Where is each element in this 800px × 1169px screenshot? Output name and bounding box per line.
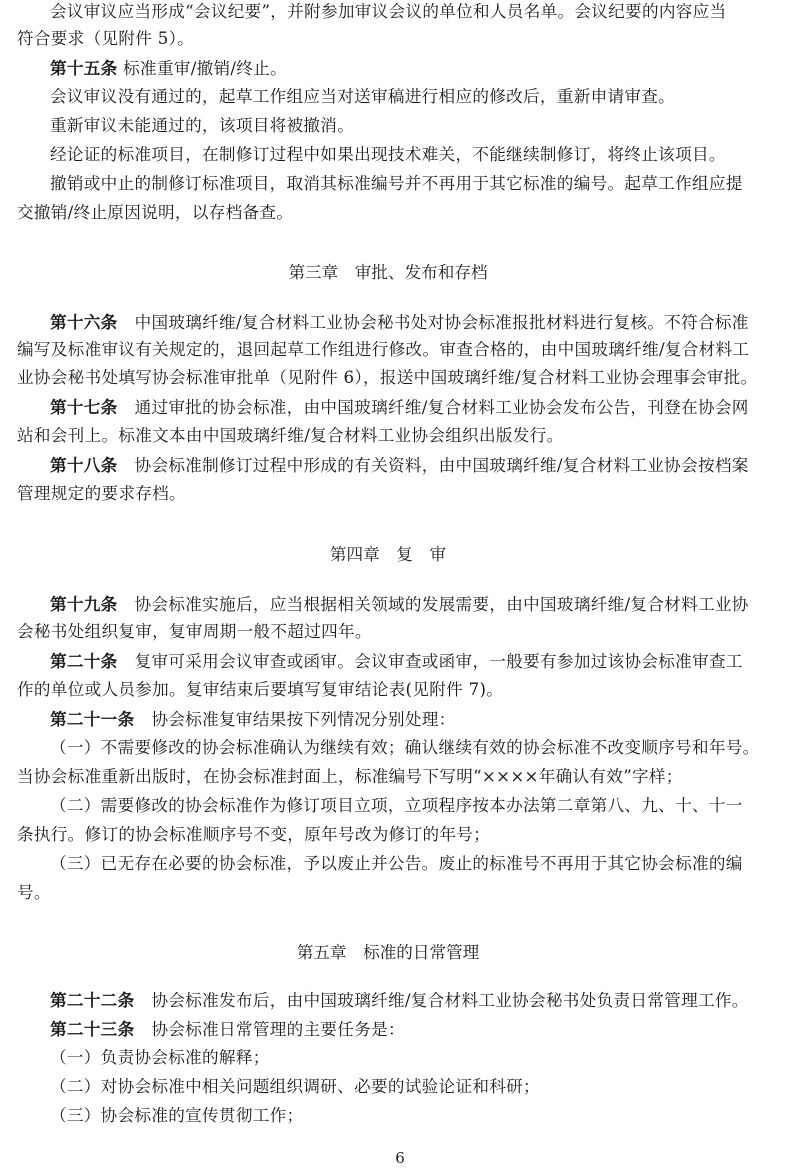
article-text: 协会标准日常管理的主要任务是： xyxy=(151,1020,404,1039)
list-item: （三）已无存在必要的协会标准，予以废止并公告。废止的标准号不再用于其它协会标准的… xyxy=(50,854,743,874)
article-text: 中国玻璃纤维/复合材料工业协会秘书处对协会标准报批材料进行复核。不符合标准 xyxy=(135,313,749,332)
article-text: 协会标准实施后，应当根据相关领域的发展需要，由中国玻璃纤维/复合材料工业协 xyxy=(135,595,749,614)
article-text: 协会标准发布后，由中国玻璃纤维/复合材料工业协会秘书处负责日常管理工作。 xyxy=(151,991,748,1010)
chapter-heading: 第四章 复 审 xyxy=(17,545,759,565)
article-16: 第十六条中国玻璃纤维/复合材料工业协会秘书处对协会标准报批材料进行复核。不符合标… xyxy=(50,312,749,333)
article-label: 第二十一条 xyxy=(50,709,134,729)
paragraph-line: 站和会刊上。标准文本由中国玻璃纤维/复合材料工业协会组织出版发行。 xyxy=(17,426,564,446)
article-label: 第十七条 xyxy=(50,397,118,417)
paragraph-line: 撤销或中止的制修订标准项目，取消其标准编号并不再用于其它标准的编号。起草工作组应… xyxy=(50,174,743,194)
chapter-heading: 第三章 审批、发布和存档 xyxy=(17,263,759,283)
article-label: 第二十二条 xyxy=(50,990,134,1010)
article-text: 协会标准复审结果按下列情况分别处理： xyxy=(151,710,455,729)
article-23: 第二十三条协会标准日常管理的主要任务是： xyxy=(50,1019,405,1040)
article-20: 第二十条复审可采用会议审查或函审。会议审查或函审，一般要有参加过该协会标准审查工 xyxy=(50,651,743,672)
article-label: 第十九条 xyxy=(50,594,118,614)
article-19: 第十九条协会标准实施后，应当根据相关领域的发展需要，由中国玻璃纤维/复合材料工业… xyxy=(50,594,749,615)
article-label: 第二十三条 xyxy=(50,1019,134,1039)
paragraph-line: 编写及标准审议有关规定的，退回起草工作组进行修改。审查合格的，由中国玻璃纤维/复… xyxy=(17,340,749,360)
article-17: 第十七条通过审批的协会标准，由中国玻璃纤维/复合材料工业协会发布公告，刊登在协会… xyxy=(50,397,749,418)
paragraph-line: 管理规定的要求存档。 xyxy=(17,484,186,504)
page-number: 6 xyxy=(0,1149,800,1167)
paragraph-line: 经论证的标准项目，在制修订过程中如果出现技术难关，不能继续制修订，将终止该项目。 xyxy=(50,145,726,165)
article-label: 第十五条 xyxy=(50,58,118,78)
article-label: 第十八条 xyxy=(50,455,118,475)
article-18: 第十八条协会标准制修订过程中形成的有关资料，由中国玻璃纤维/复合材料工业协会按档… xyxy=(50,455,749,476)
paragraph-line: 当协会标准重新出版时，在协会标准封面上，标准编号下写明“××××年确认有效”字样… xyxy=(17,767,683,787)
paragraph-line: 号。 xyxy=(17,883,51,903)
article-text: 协会标准制修订过程中形成的有关资料，由中国玻璃纤维/复合材料工业协会按档案 xyxy=(135,456,749,475)
paragraph-line: 会议审议应当形成“会议纪要”，并附参加审议会议的单位和人员名单。会议纪要的内容应… xyxy=(50,2,726,22)
paragraph-line: 作的单位或人员参加。复审结束后要填写复审结论表(见附件 7)。 xyxy=(17,680,503,700)
article-22: 第二十二条协会标准发布后，由中国玻璃纤维/复合材料工业协会秘书处负责日常管理工作… xyxy=(50,990,749,1011)
list-item: （一）不需要修改的协会标准确认为继续有效；确认继续有效的协会标准不改变顺序号和年… xyxy=(50,738,760,758)
paragraph-line: 会议审议没有通过的，起草工作组应当对送审稿进行相应的修改后，重新申请审查。 xyxy=(50,87,675,107)
list-item: （二）需要修改的协会标准作为修订项目立项，立项程序按本办法第二章第八、九、十、十… xyxy=(50,796,743,816)
paragraph-line: 符合要求（见附件 5）。 xyxy=(17,29,194,49)
article-text: 通过审批的协会标准，由中国玻璃纤维/复合材料工业协会发布公告，刊登在协会网 xyxy=(135,398,749,417)
article-label: 第十六条 xyxy=(50,312,118,332)
paragraph-line: 业协会秘书处填写协会标准审批单（见附件 6），报送中国玻璃纤维/复合材料工业协会… xyxy=(17,368,757,388)
paragraph-line: 条执行。修订的协会标准顺序号不变，原年号改为修订的年号； xyxy=(17,825,490,845)
list-item: （一）负责协会标准的解释； xyxy=(50,1048,270,1068)
article-15: 第十五条 标准重审/撤销/终止。 xyxy=(50,58,287,79)
paragraph-line: 重新审议未能通过的，该项目将被撤消。 xyxy=(50,116,354,136)
article-label: 第二十条 xyxy=(50,651,118,671)
article-21: 第二十一条协会标准复审结果按下列情况分别处理： xyxy=(50,709,456,730)
article-text: 复审可采用会议审查或函审。会议审查或函审，一般要有参加过该协会标准审查工 xyxy=(135,652,743,671)
article-text: 标准重审/撤销/终止。 xyxy=(123,59,287,78)
chapter-heading: 第五章 标准的日常管理 xyxy=(17,943,759,963)
list-item: （三）协会标准的宣传贯彻工作； xyxy=(50,1106,303,1126)
paragraph-line: 交撤销/终止原因说明，以存档备查。 xyxy=(17,203,293,223)
paragraph-line: 会秘书处组织复审，复审周期一般不超过四年。 xyxy=(17,622,372,642)
list-item: （二）对协会标准中相关问题组织调研、必要的试验论证和科研； xyxy=(50,1077,540,1097)
